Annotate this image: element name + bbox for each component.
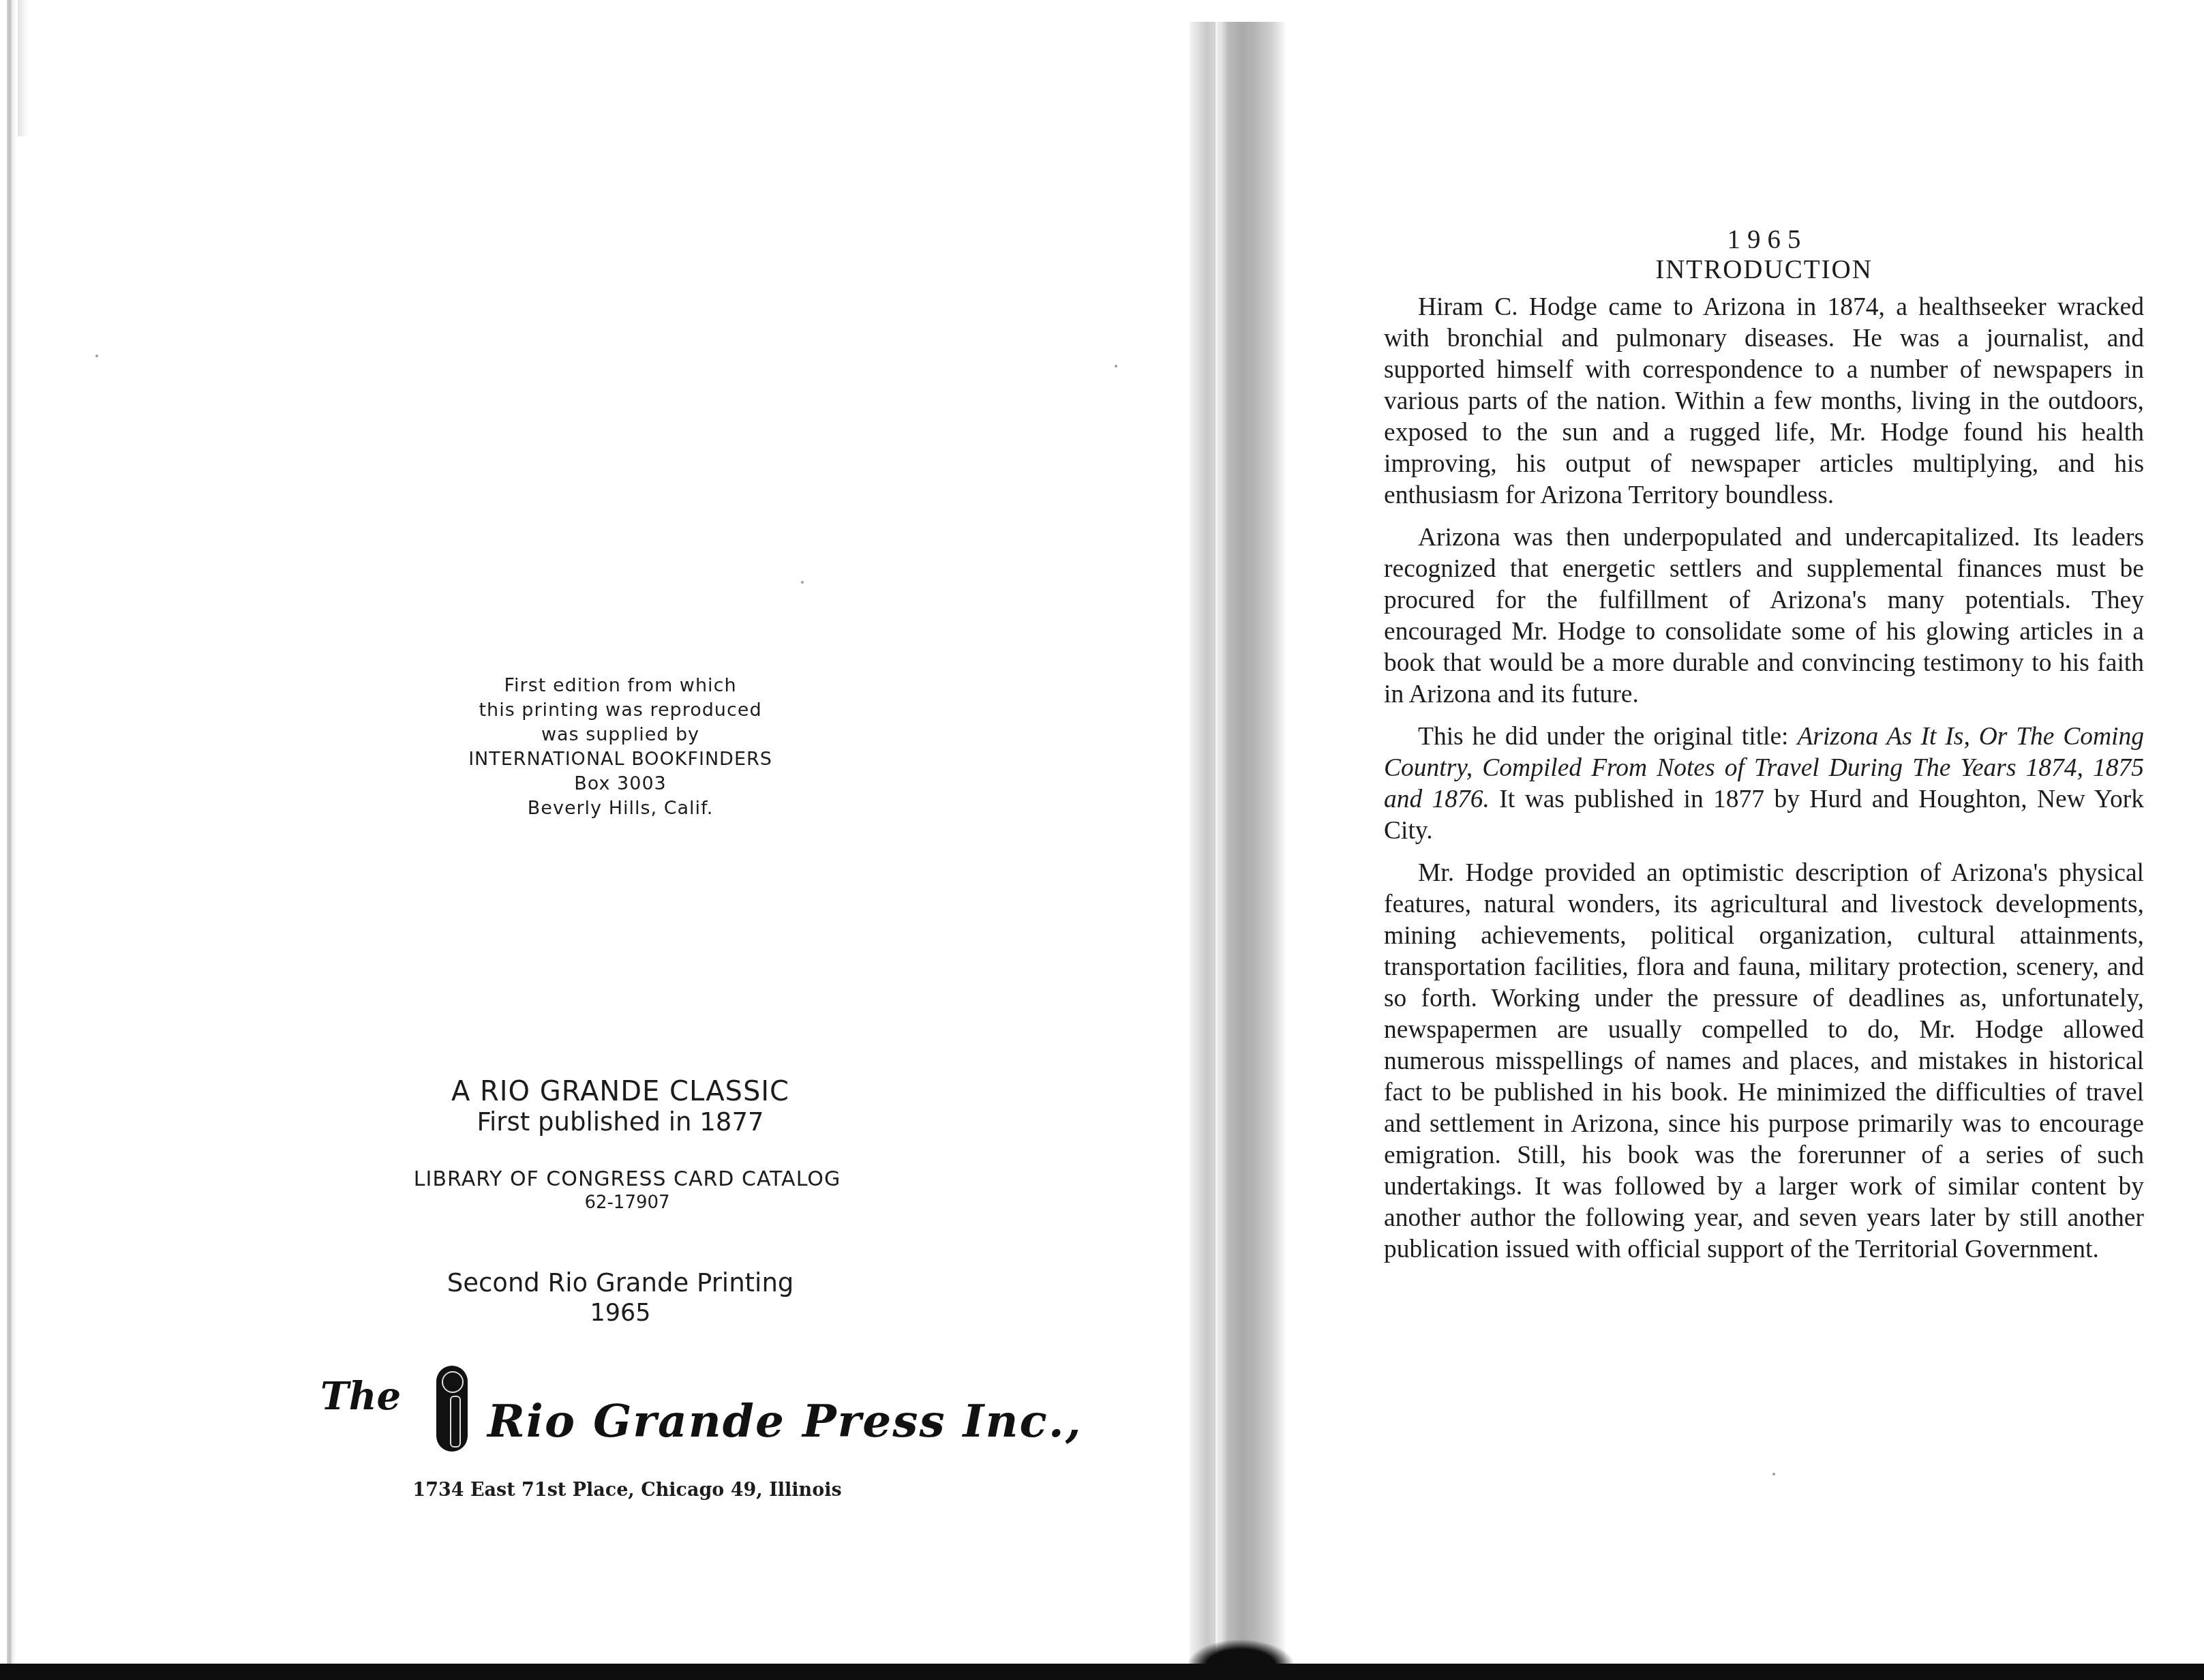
credit-line: Box 3003 — [382, 772, 859, 796]
right-page: 1965 INTRODUCTION Hiram C. Hodge came to… — [1384, 225, 2144, 1265]
credit-line: Beverly Hills, Calif. — [382, 796, 859, 821]
scan-speck — [801, 581, 804, 584]
publisher-logo: The Rio Grande Press Inc., — [320, 1360, 961, 1462]
paragraph-lead: This he did under the original title: — [1418, 723, 1797, 751]
printing-info: Second Rio Grande Printing 1965 — [382, 1268, 859, 1328]
page-edge-shadow — [7, 0, 16, 1664]
publisher-address: 1734 East 71st Place, Chicago 49, Illino… — [382, 1480, 873, 1501]
classic-title: A RIO GRANDE CLASSIC — [382, 1076, 859, 1107]
credit-line: INTERNATIONAL BOOKFINDERS — [382, 747, 859, 772]
scan-speck — [95, 355, 98, 357]
library-catalog: LIBRARY OF CONGRESS CARD CATALOG 62-1790… — [368, 1167, 886, 1214]
credit-line: was supplied by — [382, 723, 859, 747]
catalog-number: 62-17907 — [368, 1192, 886, 1214]
book-gutter — [1190, 22, 1285, 1679]
rio-grande-classic: A RIO GRANDE CLASSIC First published in … — [382, 1076, 859, 1137]
scan-speck — [1115, 365, 1117, 367]
scan-bottom-edge — [0, 1664, 2204, 1680]
paragraph: Arizona was then underpopulated and unde… — [1384, 522, 2144, 710]
page-edge-shadow — [18, 0, 29, 136]
paragraph: Mr. Hodge provided an optimistic descrip… — [1384, 858, 2144, 1265]
intro-year: 1965 — [1391, 225, 2144, 255]
rio-grande-emblem-icon — [436, 1366, 468, 1452]
paragraph-tail: It was published in 1877 by Hurd and Hou… — [1384, 785, 2144, 845]
printing-label: Second Rio Grande Printing — [382, 1268, 859, 1298]
first-published: First published in 1877 — [382, 1107, 859, 1137]
spine-shadow — [1186, 1639, 1295, 1666]
first-edition-credit: First edition from which this printing w… — [382, 674, 859, 821]
publisher-the: The — [320, 1374, 401, 1419]
intro-heading: INTRODUCTION — [1384, 255, 2144, 285]
publisher-name: Rio Grande Press Inc., — [487, 1394, 1083, 1447]
book-spread: First edition from which this printing w… — [0, 0, 2204, 1680]
printing-year: 1965 — [382, 1298, 859, 1328]
paragraph: This he did under the original title: Ar… — [1384, 721, 2144, 847]
credit-line: First edition from which — [382, 674, 859, 698]
paragraph: Hiram C. Hodge came to Arizona in 1874, … — [1384, 292, 2144, 511]
catalog-label: LIBRARY OF CONGRESS CARD CATALOG — [368, 1167, 886, 1192]
credit-line: this printing was reproduced — [382, 698, 859, 723]
scan-speck — [1772, 1473, 1775, 1475]
gutter-highlight — [1216, 22, 1218, 1679]
